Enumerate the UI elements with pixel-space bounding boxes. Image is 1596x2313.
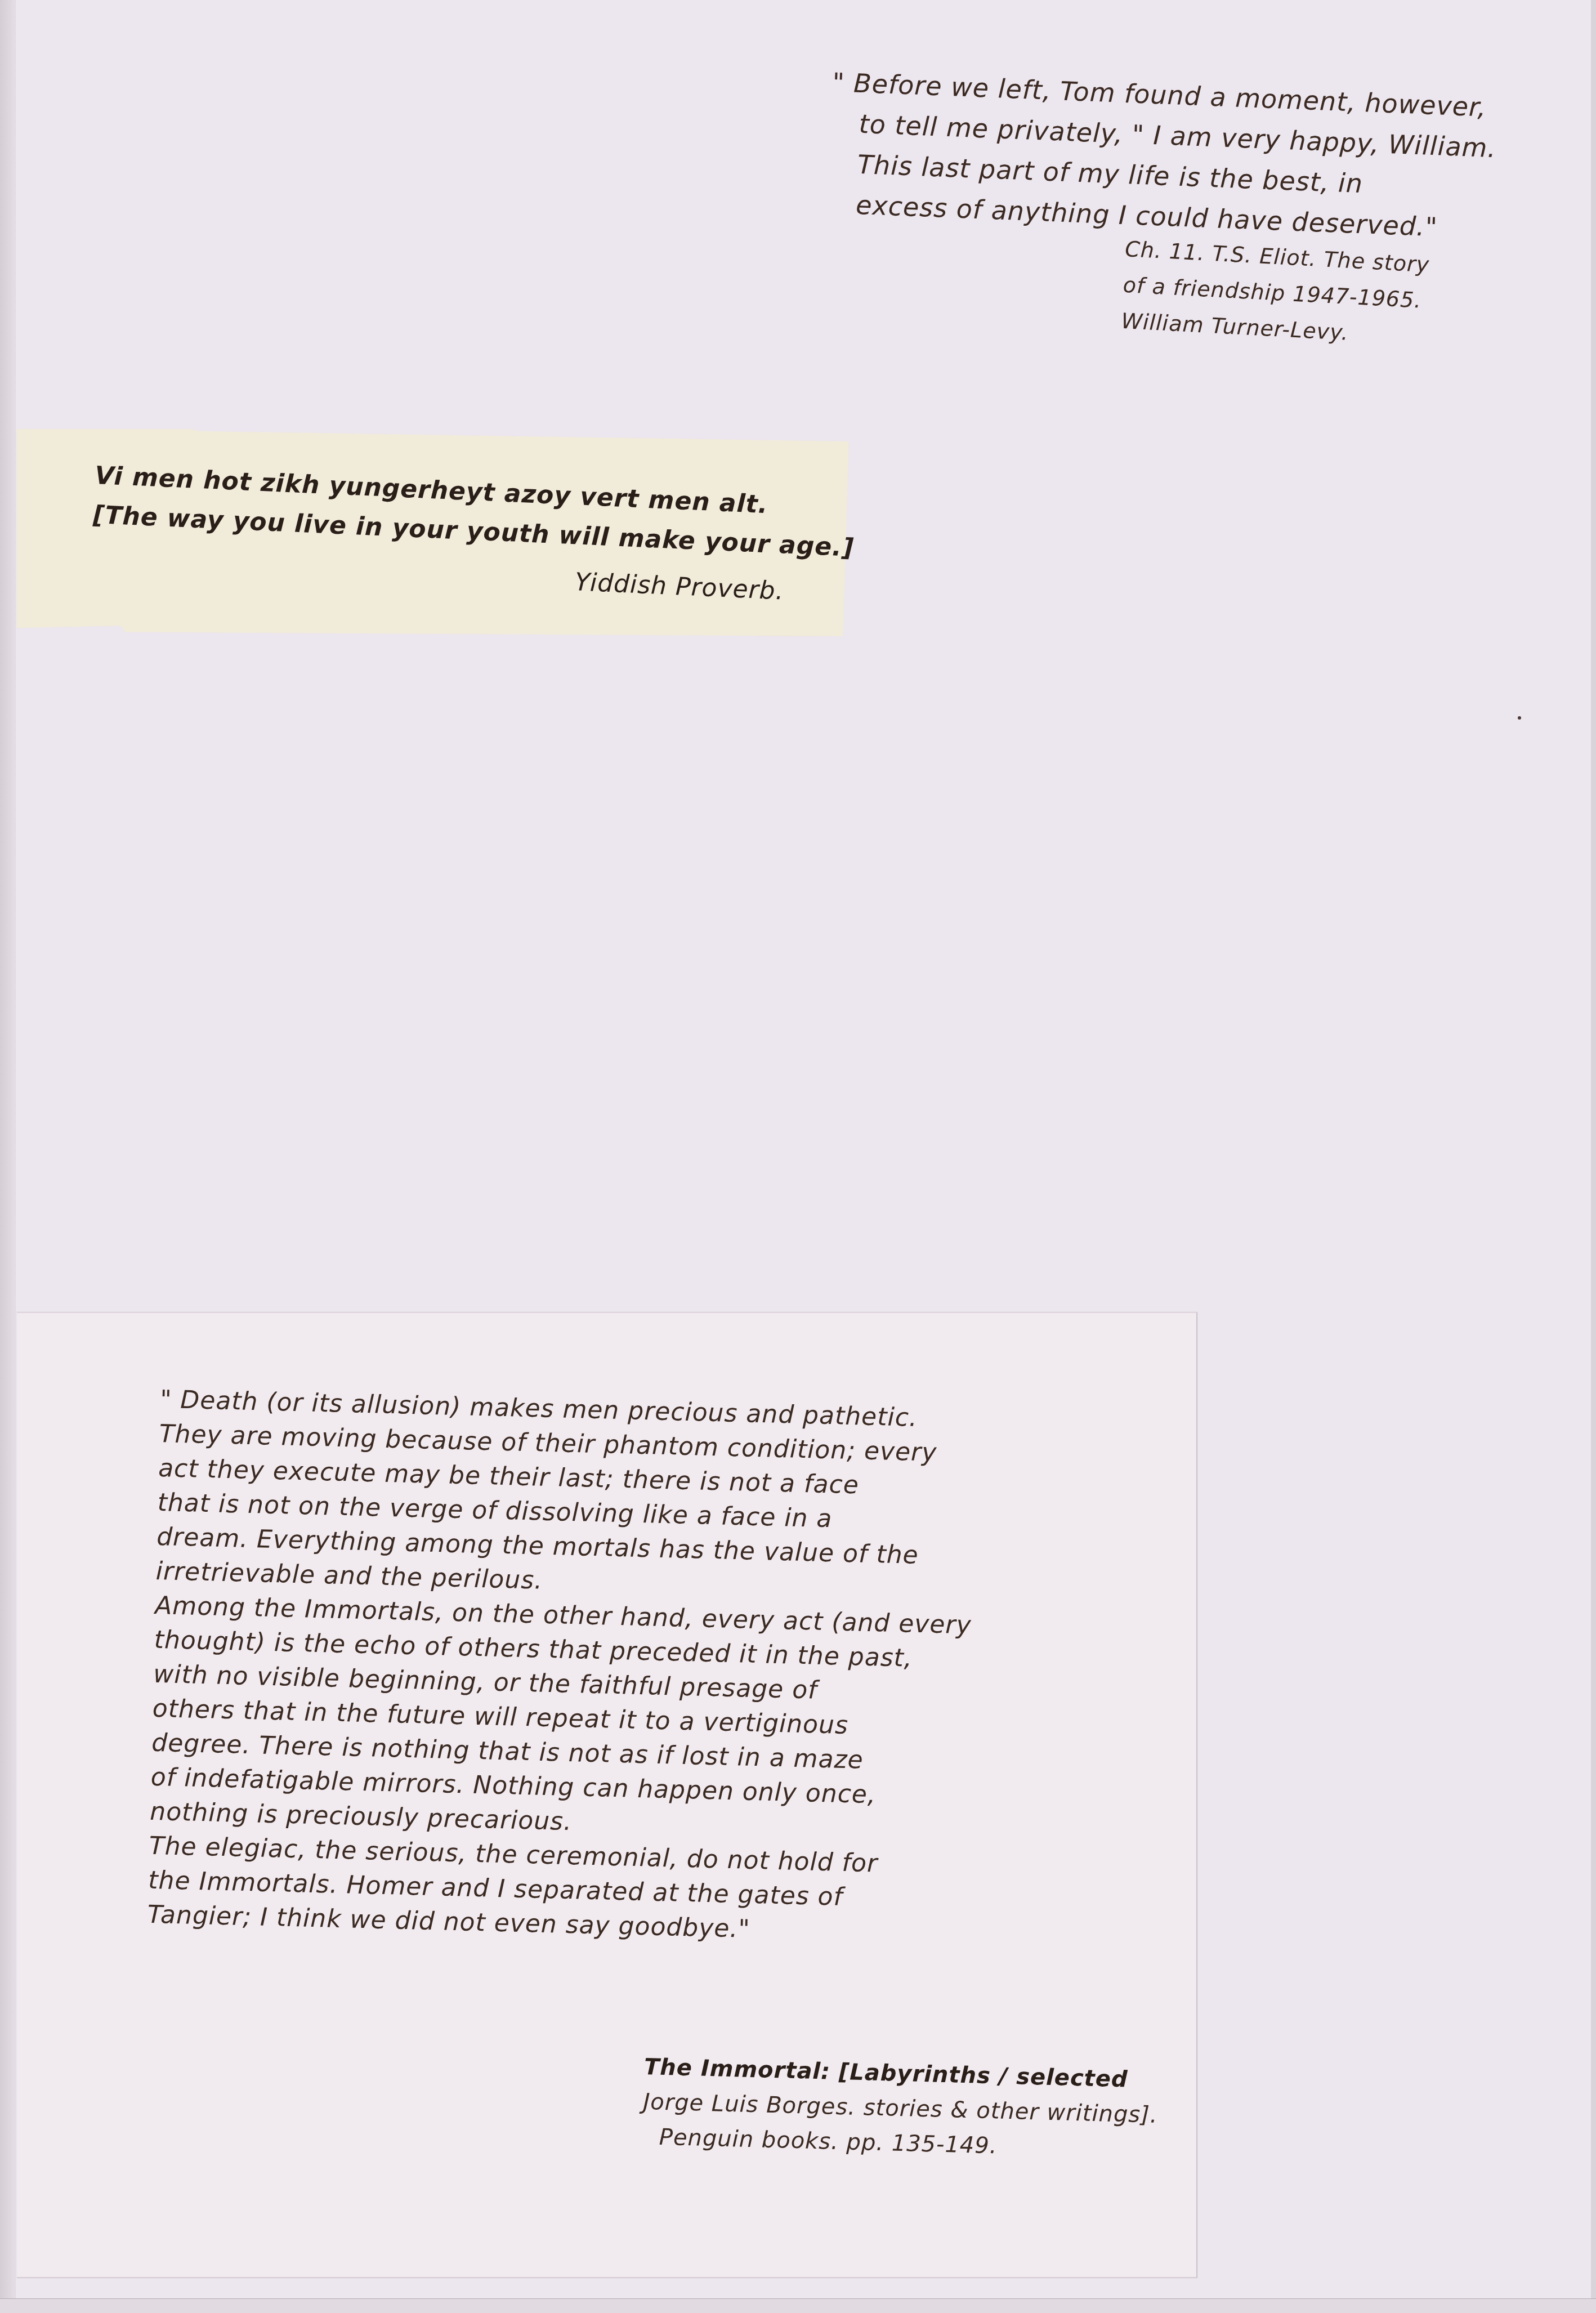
borges-quote: " Death (or its allusion) makes men prec… — [147, 1382, 1061, 1954]
ink-dot — [1518, 716, 1521, 720]
eliot-citation: Ch. 11. T.S. Eliot. The story of a frien… — [1120, 231, 1508, 359]
eliot-quote: " Before we left, Tom found a moment, ho… — [827, 62, 1519, 251]
page-bottom-edge — [0, 2298, 1596, 2313]
page-left-edge — [0, 0, 15, 2313]
borges-citation: The Immortal: [Labyrinths / selected Jor… — [642, 2049, 1151, 2167]
